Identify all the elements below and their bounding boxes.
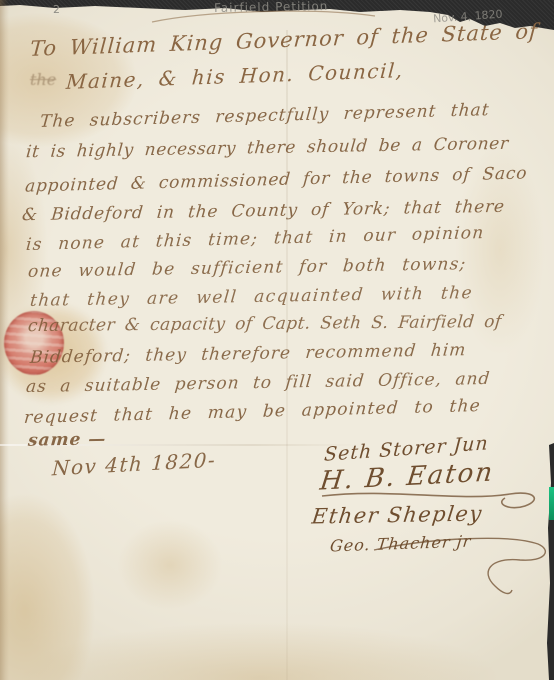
manuscript-page: 2 Fairfield Petition Nov. 4, 1820 To Wil…	[0, 0, 554, 680]
body-line: is none at this time; that in our opinio…	[25, 223, 485, 255]
body-line: it is highly necessary there should be a…	[25, 134, 509, 162]
signature-flourish-icon	[370, 524, 554, 614]
pen-flourish-icon	[150, 8, 380, 26]
dateline: Nov 4th 1820-	[51, 448, 216, 481]
body-line: that they are well acquainted with the	[29, 283, 474, 311]
body-line: character & capacity of Capt. Seth S. Fa…	[27, 312, 502, 336]
body-line: The subscribers respectfully represent t…	[39, 100, 490, 132]
body-line: appointed & commissioned for the towns o…	[24, 163, 528, 196]
salutation-line: Maine, & his Hon. Council,	[65, 58, 404, 94]
body-line: one would be sufficient for both towns;	[27, 254, 467, 282]
body-line: same —	[27, 429, 107, 450]
page-number-annotation: 2	[53, 3, 60, 16]
struck-word: the	[30, 70, 56, 89]
green-edge-mark	[549, 487, 554, 520]
body-line: & Biddeford in the County of York; that …	[21, 197, 506, 225]
